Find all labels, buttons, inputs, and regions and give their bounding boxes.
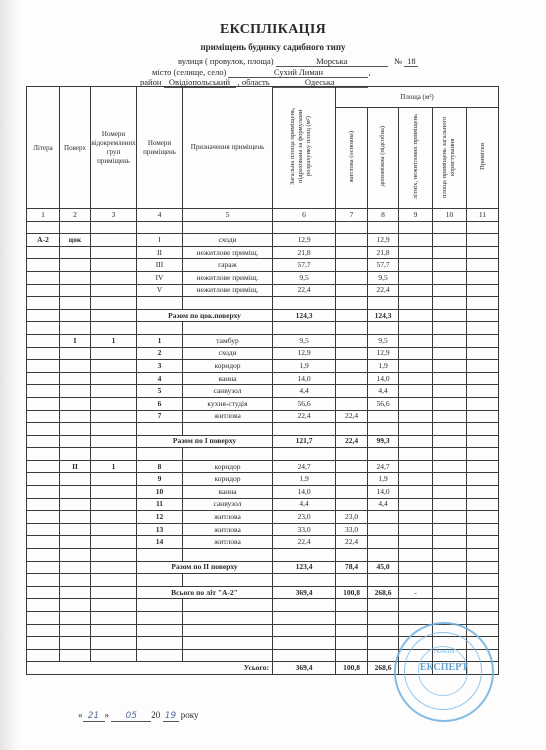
cell-living: 33,0 xyxy=(336,523,368,536)
cell-total: 24,7 xyxy=(273,460,336,473)
empty-cell xyxy=(60,549,91,562)
cell-auxiliary: 4,4 xyxy=(368,498,399,511)
cell-auxiliary: 12,9 xyxy=(368,347,399,360)
table-row: 14житлова22,422,4 xyxy=(27,536,499,549)
subtotal-nonliving xyxy=(399,309,433,322)
empty-cell xyxy=(137,612,183,625)
empty-cell xyxy=(27,448,60,461)
cell-group xyxy=(91,284,137,297)
empty-cell xyxy=(467,360,499,373)
cell-total: 22,4 xyxy=(273,536,336,549)
cell-living xyxy=(336,397,368,410)
number-label: № xyxy=(394,56,402,66)
cell-room-number: IV xyxy=(137,271,183,284)
cell-living xyxy=(336,347,368,360)
column-number: 11 xyxy=(467,209,499,222)
empty-cell xyxy=(399,347,433,360)
empty-cell xyxy=(27,599,60,612)
empty-cell xyxy=(91,297,137,310)
empty-cell xyxy=(467,372,499,385)
header-notes: Примітки xyxy=(467,108,499,209)
empty-cell xyxy=(336,637,368,650)
year-prefix: 20 xyxy=(151,710,160,720)
empty-cell xyxy=(91,599,137,612)
date-day: 21 xyxy=(83,711,105,722)
cell-group: 1 xyxy=(91,460,137,473)
empty-cell xyxy=(336,448,368,461)
empty-cell xyxy=(433,334,467,347)
empty-cell xyxy=(433,460,467,473)
empty-cell xyxy=(273,322,336,335)
empty-cell xyxy=(91,612,137,625)
column-number: 10 xyxy=(433,209,467,222)
empty-cell xyxy=(368,297,399,310)
blank-row xyxy=(27,297,499,310)
subtotal-row: Разом по ІІ поверху123,478,445,0 xyxy=(27,561,499,574)
cell-auxiliary: 4,4 xyxy=(368,385,399,398)
cell-floor xyxy=(60,536,91,549)
cell-total: 22,4 xyxy=(273,410,336,423)
empty-cell xyxy=(467,259,499,272)
empty-cell xyxy=(183,599,273,612)
subtotal-label: Разом по І поверху xyxy=(137,435,273,448)
empty-cell xyxy=(467,397,499,410)
cell-litera xyxy=(27,259,60,272)
empty-cell xyxy=(60,599,91,612)
empty-cell xyxy=(467,435,499,448)
cell-group xyxy=(91,372,137,385)
empty-cell xyxy=(399,297,433,310)
cell-living xyxy=(336,271,368,284)
cell-litera xyxy=(27,246,60,259)
column-number-row: 1234567891011 xyxy=(27,209,499,222)
empty-cell xyxy=(27,549,60,562)
cell-litera xyxy=(27,523,60,536)
cell-litera xyxy=(27,486,60,499)
empty-cell xyxy=(183,297,273,310)
cell-floor xyxy=(60,259,91,272)
official-stamp: УКРАЇНА ЕКСПЕРТ xyxy=(394,622,494,722)
cell-total: 4,4 xyxy=(273,385,336,398)
empty-cell xyxy=(91,549,137,562)
empty-cell xyxy=(433,284,467,297)
empty-cell xyxy=(273,448,336,461)
cell-room-number: 11 xyxy=(137,498,183,511)
header-living: житлова (основна) xyxy=(336,108,368,209)
cell-auxiliary: 9,5 xyxy=(368,334,399,347)
empty-cell xyxy=(137,448,183,461)
cell-group xyxy=(91,511,137,524)
subtotal-living: 100,8 xyxy=(336,586,368,599)
blank-row xyxy=(27,574,499,587)
cell-living xyxy=(336,284,368,297)
empty-cell xyxy=(336,649,368,662)
cell-room-number: 14 xyxy=(137,536,183,549)
empty-cell xyxy=(183,423,273,436)
empty-cell xyxy=(399,574,433,587)
empty-cell xyxy=(27,322,60,335)
cell-litera xyxy=(27,397,60,410)
blank-row xyxy=(27,612,499,625)
cell-living xyxy=(336,360,368,373)
empty-cell xyxy=(368,423,399,436)
subtotal-row: Разом по І поверху121,722,499,3 xyxy=(27,435,499,448)
subtotal-total: 369,4 xyxy=(273,586,336,599)
year-word: року xyxy=(181,710,199,720)
cell-room-number: V xyxy=(137,284,183,297)
cell-auxiliary: 1,9 xyxy=(368,473,399,486)
column-number: 3 xyxy=(91,209,137,222)
empty-cell xyxy=(91,637,137,650)
empty-cell xyxy=(467,297,499,310)
header-groups: Номери відокремлених груп приміщень xyxy=(91,87,137,209)
cell-purpose: житлова xyxy=(183,511,273,524)
empty-cell xyxy=(467,309,499,322)
cell-floor xyxy=(60,246,91,259)
empty-cell xyxy=(399,498,433,511)
empty-cell xyxy=(60,309,91,322)
city-label: місто (селище, село) xyxy=(152,67,226,77)
subtotal-living: 78,4 xyxy=(336,561,368,574)
cell-room-number: 12 xyxy=(137,511,183,524)
empty-cell xyxy=(183,624,273,637)
cell-auxiliary: 22,4 xyxy=(368,284,399,297)
empty-cell xyxy=(467,586,499,599)
cell-floor xyxy=(60,284,91,297)
cell-litera xyxy=(27,536,60,549)
table-row: IIIгараж57,757,7 xyxy=(27,259,499,272)
empty-cell xyxy=(183,649,273,662)
column-number: 5 xyxy=(183,209,273,222)
cell-purpose: нежитлове приміщ. xyxy=(183,246,273,259)
cell-purpose: коридор xyxy=(183,360,273,373)
cell-room-number: 5 xyxy=(137,385,183,398)
cell-living xyxy=(336,259,368,272)
cell-group xyxy=(91,385,137,398)
empty-cell xyxy=(399,385,433,398)
empty-cell xyxy=(399,397,433,410)
empty-cell xyxy=(273,637,336,650)
cell-floor xyxy=(60,360,91,373)
document-subtitle: приміщень будинку садибного типу xyxy=(0,42,546,52)
cell-litera: А-2 xyxy=(27,234,60,247)
empty-cell xyxy=(273,297,336,310)
empty-cell xyxy=(467,221,499,234)
table-row: 3коридор1,91,9 xyxy=(27,360,499,373)
table-row: 9коридор1,91,9 xyxy=(27,473,499,486)
empty-cell xyxy=(399,360,433,373)
empty-cell xyxy=(433,309,467,322)
cell-purpose: житлова xyxy=(183,523,273,536)
street-line: вулиця ( провулок, площа) Морська № 18 xyxy=(178,56,418,67)
header-litera: Літера xyxy=(27,87,60,209)
cell-room-number: 2 xyxy=(137,347,183,360)
cell-purpose: ванна xyxy=(183,486,273,499)
empty-cell xyxy=(399,423,433,436)
empty-cell xyxy=(433,410,467,423)
empty-cell xyxy=(433,234,467,247)
cell-litera xyxy=(27,473,60,486)
empty-cell xyxy=(368,322,399,335)
empty-cell xyxy=(399,486,433,499)
empty-cell xyxy=(336,574,368,587)
cell-purpose: коридор xyxy=(183,460,273,473)
subtotal-label: Всього по літ "А-2" xyxy=(137,586,273,599)
table-row: IIнежитлове приміщ.21,821,8 xyxy=(27,246,499,259)
empty-cell xyxy=(433,385,467,398)
header-purpose: Призначення приміщень xyxy=(183,87,273,209)
empty-cell xyxy=(368,221,399,234)
empty-cell xyxy=(467,410,499,423)
empty-cell xyxy=(433,259,467,272)
empty-cell xyxy=(91,221,137,234)
empty-cell xyxy=(27,309,60,322)
empty-cell xyxy=(60,574,91,587)
empty-cell xyxy=(433,271,467,284)
empty-cell xyxy=(368,574,399,587)
blank-row xyxy=(27,423,499,436)
cell-room-number: 9 xyxy=(137,473,183,486)
column-number: 7 xyxy=(336,209,368,222)
empty-cell xyxy=(433,574,467,587)
empty-cell xyxy=(368,612,399,625)
cell-room-number: II xyxy=(137,246,183,259)
cell-room-number: 6 xyxy=(137,397,183,410)
cell-purpose: житлова xyxy=(183,536,273,549)
cell-auxiliary: 56,6 xyxy=(368,397,399,410)
cell-total: 12,9 xyxy=(273,347,336,360)
date-month: 05 xyxy=(111,711,151,722)
cell-auxiliary xyxy=(368,511,399,524)
cell-auxiliary: 12,9 xyxy=(368,234,399,247)
empty-cell xyxy=(467,322,499,335)
subtotal-nonliving xyxy=(399,435,433,448)
cell-auxiliary xyxy=(368,410,399,423)
table-row: 5санвузол4,44,4 xyxy=(27,385,499,398)
cell-total: 14,0 xyxy=(273,486,336,499)
cell-purpose: санвузол xyxy=(183,498,273,511)
number-value: 18 xyxy=(404,56,418,67)
header-poverkh: Поверх xyxy=(60,87,91,209)
empty-cell xyxy=(399,511,433,524)
empty-cell xyxy=(336,221,368,234)
empty-cell xyxy=(27,649,60,662)
table-row: 7житлова22,422,4 xyxy=(27,410,499,423)
empty-cell xyxy=(60,435,91,448)
empty-cell xyxy=(399,334,433,347)
subtotal-auxiliary: 124,3 xyxy=(368,309,399,322)
cell-total: 1,9 xyxy=(273,473,336,486)
empty-cell xyxy=(433,561,467,574)
empty-cell xyxy=(137,423,183,436)
empty-cell xyxy=(137,297,183,310)
blank-row xyxy=(27,221,499,234)
cell-total: 33,0 xyxy=(273,523,336,536)
empty-cell xyxy=(137,322,183,335)
empty-cell xyxy=(91,561,137,574)
cell-floor: цок xyxy=(60,234,91,247)
empty-cell xyxy=(60,612,91,625)
subtotal-row: Разом по цок.поверху124,3124,3 xyxy=(27,309,499,322)
empty-cell xyxy=(399,549,433,562)
cell-litera xyxy=(27,498,60,511)
empty-cell xyxy=(467,599,499,612)
table-row: I11тамбур9,59,5 xyxy=(27,334,499,347)
cell-living: 22,4 xyxy=(336,536,368,549)
empty-cell xyxy=(467,234,499,247)
empty-cell xyxy=(60,297,91,310)
cell-room-number: 8 xyxy=(137,460,183,473)
cell-auxiliary xyxy=(368,536,399,549)
cell-litera xyxy=(27,385,60,398)
cell-auxiliary: 9,5 xyxy=(368,271,399,284)
cell-litera xyxy=(27,347,60,360)
empty-cell xyxy=(60,322,91,335)
empty-cell xyxy=(433,435,467,448)
empty-cell xyxy=(27,297,60,310)
cell-purpose: тамбур xyxy=(183,334,273,347)
cell-total: 14,0 xyxy=(273,372,336,385)
empty-cell xyxy=(433,372,467,385)
subtotal-total: 123,4 xyxy=(273,561,336,574)
empty-cell xyxy=(183,612,273,625)
column-number: 2 xyxy=(60,209,91,222)
cell-auxiliary: 57,7 xyxy=(368,259,399,272)
empty-cell xyxy=(467,549,499,562)
empty-cell xyxy=(273,649,336,662)
cell-auxiliary: 14,0 xyxy=(368,486,399,499)
empty-cell xyxy=(91,309,137,322)
empty-cell xyxy=(368,649,399,662)
blank-row xyxy=(27,448,499,461)
empty-cell xyxy=(273,549,336,562)
empty-cell xyxy=(137,649,183,662)
table-row: 10ванна14,014,0 xyxy=(27,486,499,499)
table-row: 12житлова23,023,0 xyxy=(27,511,499,524)
empty-cell xyxy=(433,523,467,536)
cell-group xyxy=(91,536,137,549)
cell-total: 57,7 xyxy=(273,259,336,272)
cell-auxiliary: 14,0 xyxy=(368,372,399,385)
cell-total: 1,9 xyxy=(273,360,336,373)
stamp-top-text: УКРАЇНА xyxy=(396,650,492,655)
empty-cell xyxy=(467,448,499,461)
table-row: 11санвузол4,44,4 xyxy=(27,498,499,511)
cell-purpose: житлова xyxy=(183,410,273,423)
subtotal-auxiliary: 99,3 xyxy=(368,435,399,448)
cell-living xyxy=(336,473,368,486)
empty-cell xyxy=(336,599,368,612)
cell-auxiliary xyxy=(368,523,399,536)
empty-cell xyxy=(368,599,399,612)
empty-cell xyxy=(368,549,399,562)
empty-cell xyxy=(60,423,91,436)
cell-group xyxy=(91,410,137,423)
empty-cell xyxy=(433,498,467,511)
cell-litera xyxy=(27,372,60,385)
cell-group xyxy=(91,234,137,247)
empty-cell xyxy=(137,624,183,637)
table-row: II18коридор24,724,7 xyxy=(27,460,499,473)
date-year: 19 xyxy=(163,711,179,722)
subtotal-total: 121,7 xyxy=(273,435,336,448)
header-total: Загальна площа приміщень, підрахована за… xyxy=(273,87,336,209)
empty-cell xyxy=(467,523,499,536)
empty-cell xyxy=(467,347,499,360)
cell-total: 12,9 xyxy=(273,234,336,247)
cell-floor: I xyxy=(60,334,91,347)
cell-litera xyxy=(27,271,60,284)
subtotal-label: Разом по цок.поверху xyxy=(137,309,273,322)
empty-cell xyxy=(467,486,499,499)
cell-total: 56,6 xyxy=(273,397,336,410)
table-row: 6кухня-студія56,656,6 xyxy=(27,397,499,410)
grand-total-label: Усього: xyxy=(27,662,273,675)
document-title: ЕКСПЛІКАЦІЯ xyxy=(0,22,546,38)
empty-cell xyxy=(399,473,433,486)
cell-room-number: III xyxy=(137,259,183,272)
empty-cell xyxy=(399,284,433,297)
empty-cell xyxy=(27,612,60,625)
empty-cell xyxy=(467,460,499,473)
cell-living: 23,0 xyxy=(336,511,368,524)
empty-cell xyxy=(27,624,60,637)
empty-cell xyxy=(60,637,91,650)
empty-cell xyxy=(137,574,183,587)
cell-room-number: 7 xyxy=(137,410,183,423)
cell-living xyxy=(336,334,368,347)
empty-cell xyxy=(467,423,499,436)
empty-cell xyxy=(183,574,273,587)
blank-row xyxy=(27,599,499,612)
header-rooms: Номери приміщень xyxy=(137,87,183,209)
cell-purpose: сходи xyxy=(183,234,273,247)
subtotal-label: Разом по ІІ поверху xyxy=(137,561,273,574)
cell-floor xyxy=(60,372,91,385)
cell-living: 22,4 xyxy=(336,410,368,423)
empty-cell xyxy=(27,221,60,234)
empty-cell xyxy=(336,322,368,335)
empty-cell xyxy=(336,297,368,310)
cell-auxiliary: 24,7 xyxy=(368,460,399,473)
column-number: 1 xyxy=(27,209,60,222)
subtotal-nonliving xyxy=(399,561,433,574)
empty-cell xyxy=(433,397,467,410)
cell-group xyxy=(91,486,137,499)
cell-auxiliary: 21,8 xyxy=(368,246,399,259)
cell-room-number: 1 xyxy=(137,334,183,347)
empty-cell xyxy=(467,334,499,347)
cell-total: 23,0 xyxy=(273,511,336,524)
column-number: 4 xyxy=(137,209,183,222)
empty-cell xyxy=(273,624,336,637)
empty-cell xyxy=(336,612,368,625)
column-number: 8 xyxy=(368,209,399,222)
subtotal-auxiliary: 268,6 xyxy=(368,586,399,599)
street-value: Морська xyxy=(276,56,388,67)
cell-floor xyxy=(60,397,91,410)
cell-purpose: кухня-студія xyxy=(183,397,273,410)
cell-purpose: санвузол xyxy=(183,385,273,398)
cell-floor xyxy=(60,498,91,511)
cell-auxiliary: 1,9 xyxy=(368,360,399,373)
empty-cell xyxy=(60,221,91,234)
empty-cell xyxy=(433,221,467,234)
empty-cell xyxy=(399,271,433,284)
empty-cell xyxy=(60,586,91,599)
empty-cell xyxy=(399,372,433,385)
empty-cell xyxy=(467,473,499,486)
